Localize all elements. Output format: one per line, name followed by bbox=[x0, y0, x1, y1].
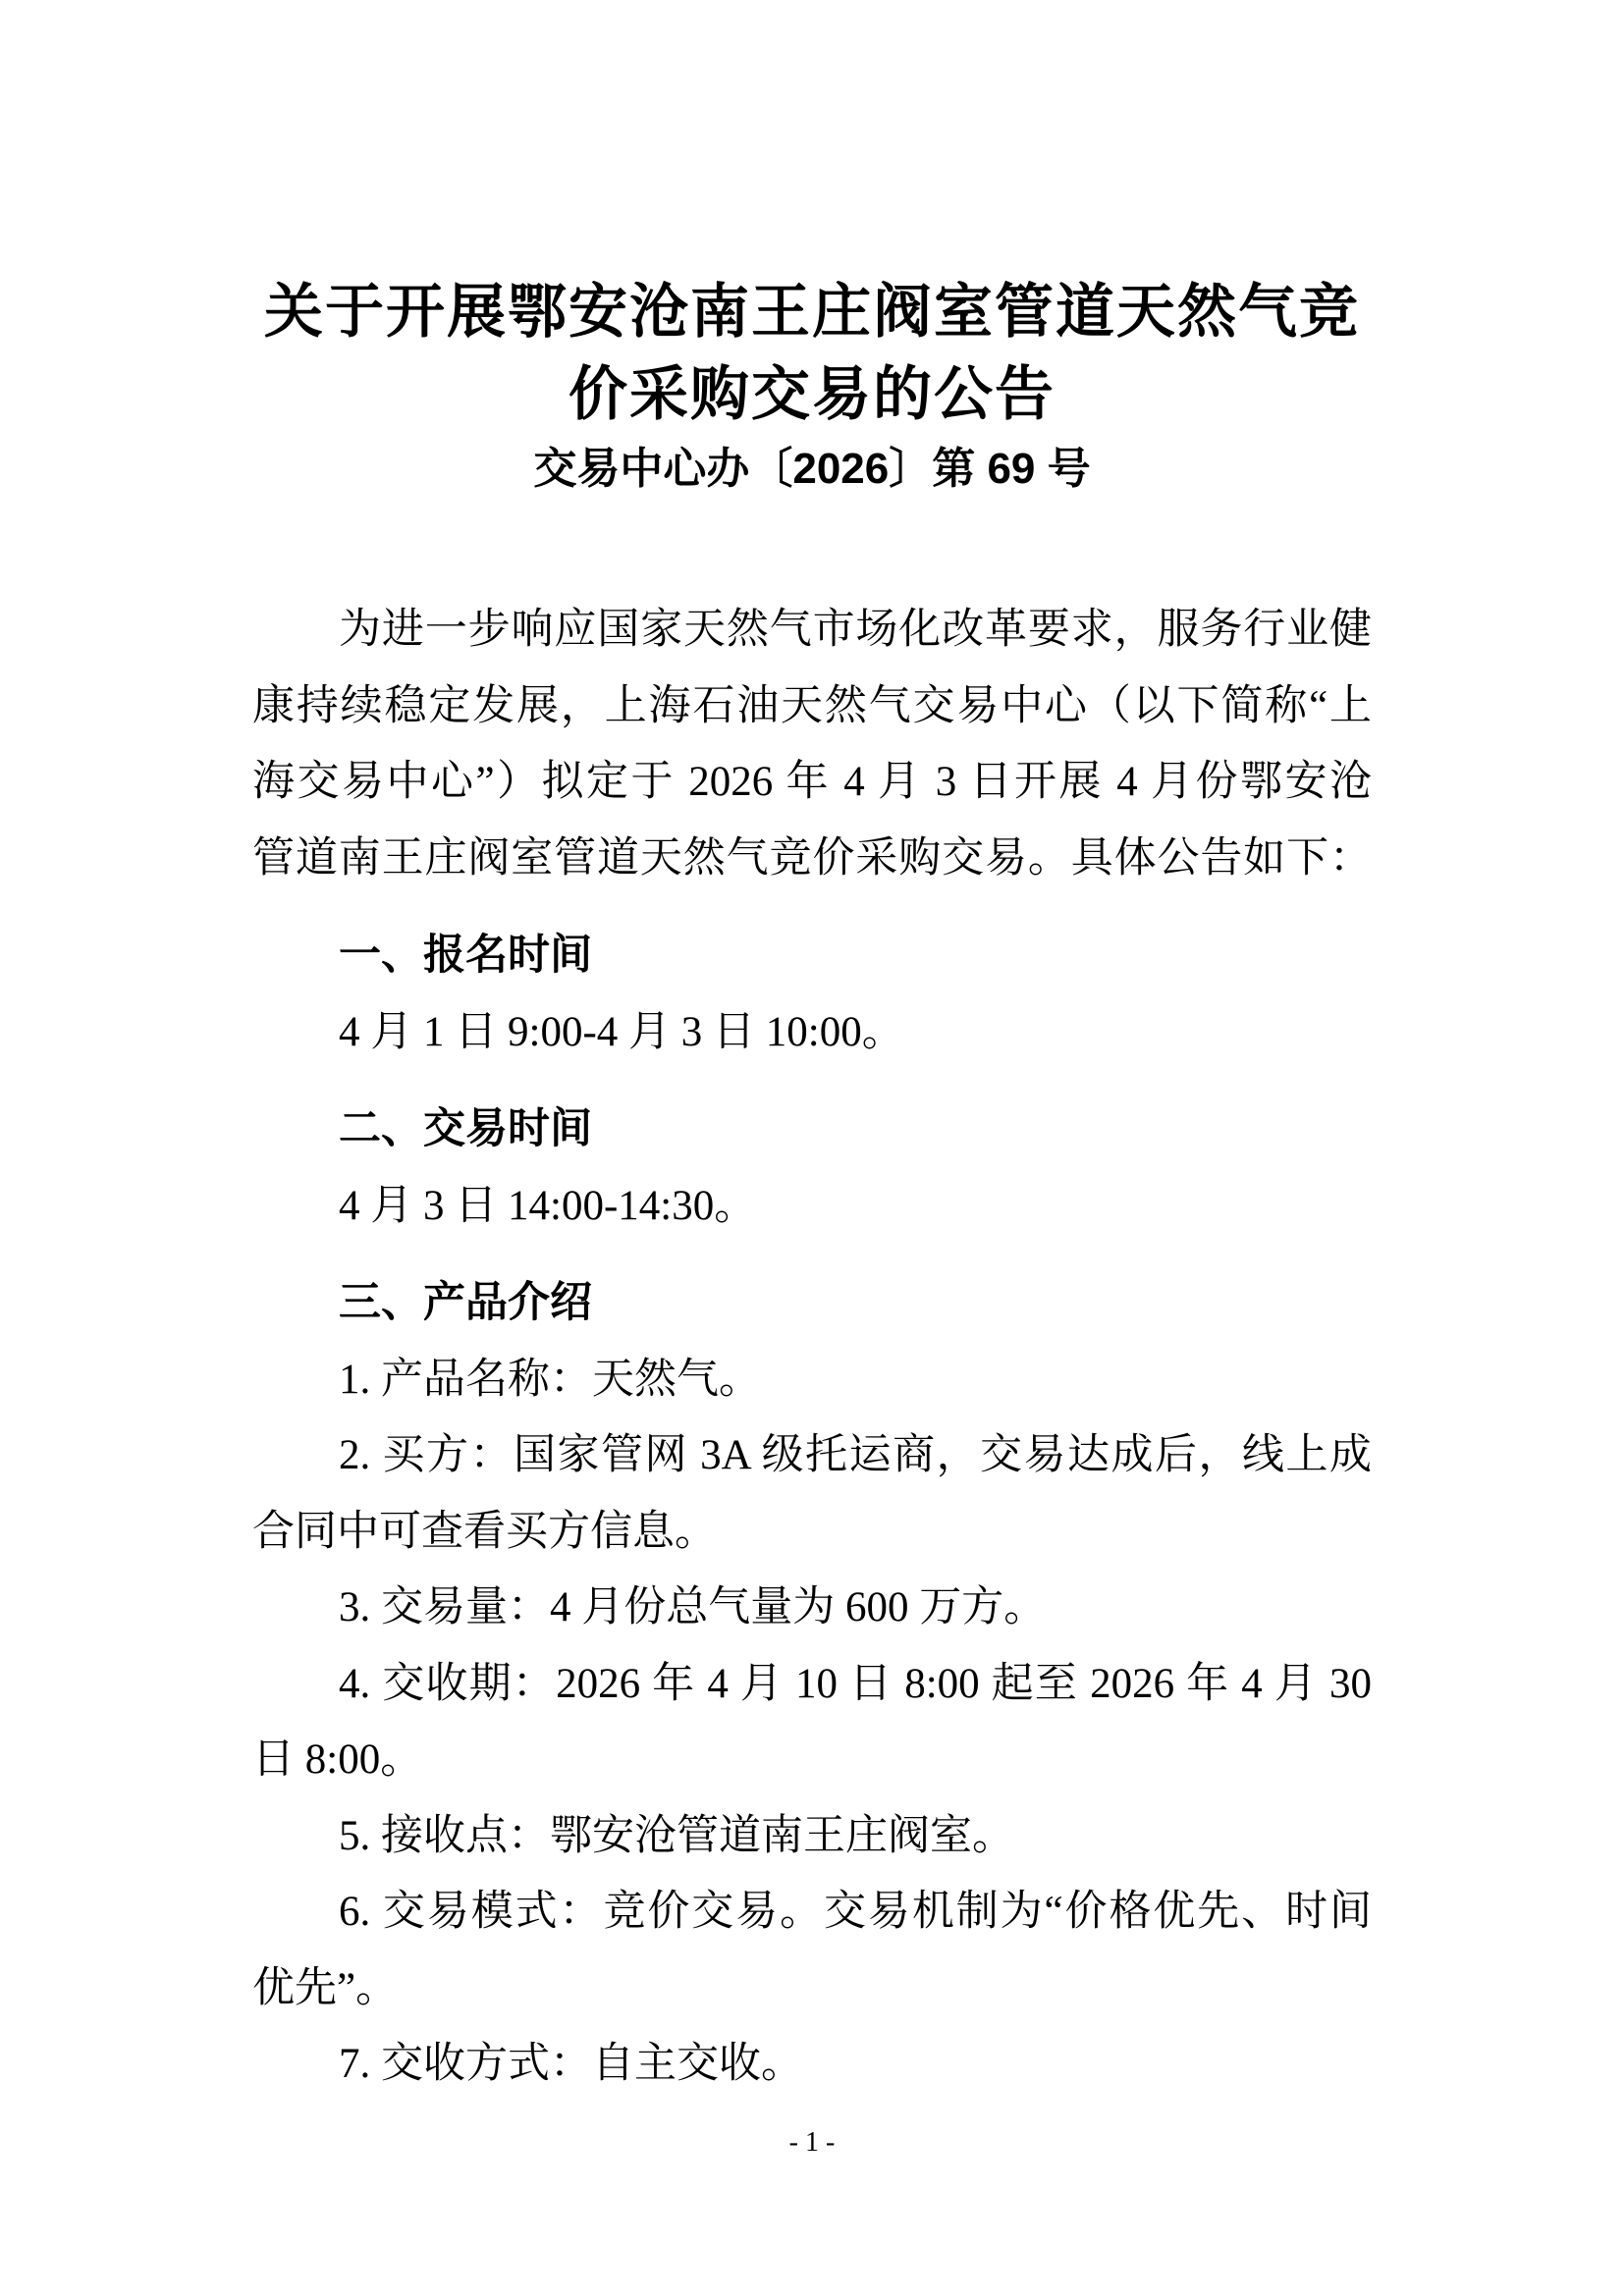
text-line: 优先”。 bbox=[252, 1950, 1372, 2027]
text-line: 合同中可查看买方信息。 bbox=[252, 1494, 1372, 1571]
text-line: 2. 买方：国家管网 3A 级托运商，交易达成后，线上成交 bbox=[252, 1417, 1372, 1494]
text-line: 康持续稳定发展，上海石油天然气交易中心（以下简称“上 bbox=[252, 668, 1372, 745]
text-line: 日 8:00。 bbox=[252, 1722, 1372, 1798]
page-number: - 1 - bbox=[252, 2126, 1372, 2160]
text-line: 管道南王庄阀室管道天然气竞价采购交易。具体公告如下： bbox=[252, 821, 1372, 897]
text-line: 6. 交易模式：竞价交易。交易机制为“价格优先、时间 bbox=[252, 1874, 1372, 1950]
document-page: 关于开展鄂安沧南王庄阀室管道天然气竞 价采购交易的公告 交易中心办〔2026〕第… bbox=[0, 0, 1624, 2296]
document-number: 交易中心办〔2026〕第 69 号 bbox=[252, 444, 1372, 495]
text-line: 3. 交易量：4 月份总气量为 600 万方。 bbox=[252, 1570, 1372, 1646]
text-line: 7. 交收方式：自主交收。 bbox=[252, 2026, 1372, 2103]
document-body: 为进一步响应国家天然气市场化改革要求，服务行业健康持续稳定发展，上海石油天然气交… bbox=[252, 592, 1372, 2103]
document-title-line2: 价采购交易的公告 bbox=[252, 360, 1372, 429]
text-line: 为进一步响应国家天然气市场化改革要求，服务行业健 bbox=[252, 592, 1372, 668]
text-line: 5. 接收点：鄂安沧管道南王庄阀室。 bbox=[252, 1798, 1372, 1875]
text-line: 4. 交收期：2026 年 4 月 10 日 8:00 起至 2026 年 4 … bbox=[252, 1646, 1372, 1723]
text-line: 海交易中心”）拟定于 2026 年 4 月 3 日开展 4 月份鄂安沧 bbox=[252, 744, 1372, 821]
section-heading: 一、报名时间 bbox=[252, 918, 1372, 994]
text-line: 1. 产品名称：天然气。 bbox=[252, 1342, 1372, 1418]
document-title-line1: 关于开展鄂安沧南王庄阀室管道天然气竞 bbox=[252, 278, 1372, 347]
section-heading: 三、产品介绍 bbox=[252, 1265, 1372, 1342]
section-heading: 二、交易时间 bbox=[252, 1092, 1372, 1168]
text-line: 4 月 1 日 9:00-4 月 3 日 10:00。 bbox=[252, 994, 1372, 1071]
text-line: 4 月 3 日 14:00-14:30。 bbox=[252, 1168, 1372, 1245]
